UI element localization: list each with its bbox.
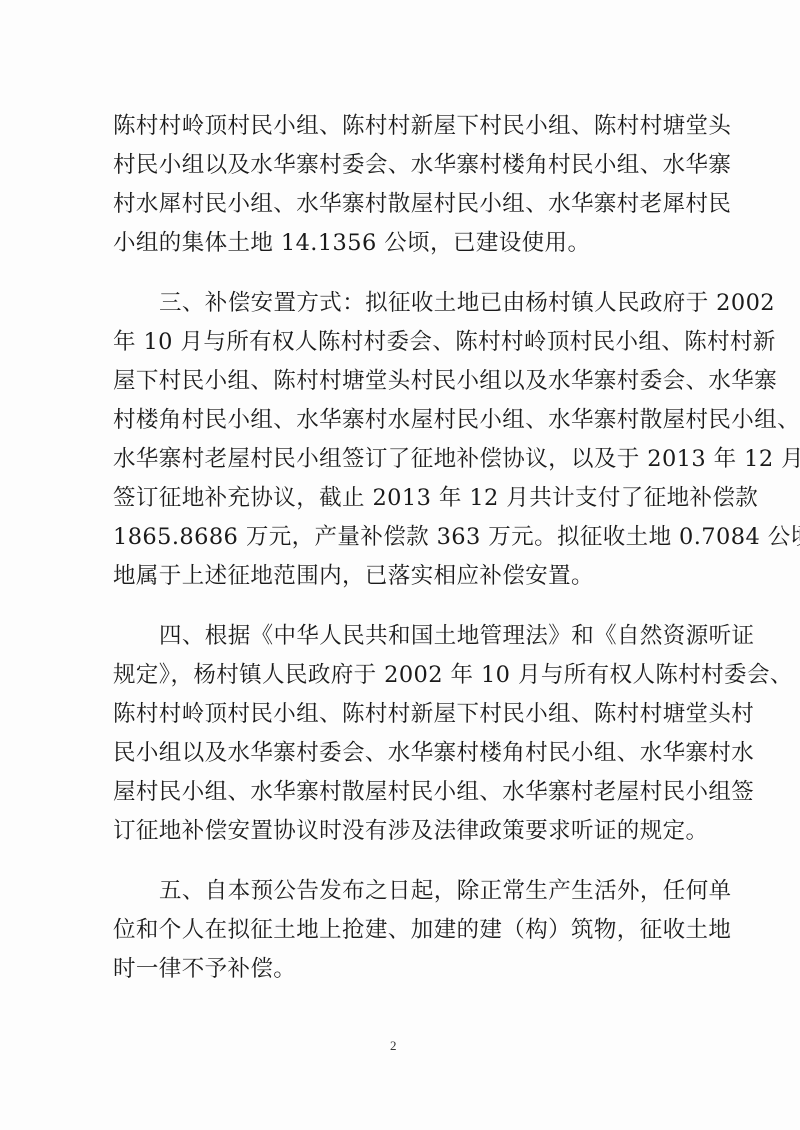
text-line: 屋村民小组、水华寨村散屋村民小组、水华寨村老屋村民小组签 — [113, 778, 693, 806]
text-line: 陈村村岭顶村民小组、陈村村新屋下村民小组、陈村村塘堂头村 — [113, 700, 693, 728]
document-page: 陈村村岭顶村民小组、陈村村新屋下村民小组、陈村村塘堂头 村民小组以及水华寨村委会… — [0, 0, 800, 1130]
text-line: 村楼角村民小组、水华寨村水屋村民小组、水华寨村散屋村民小组、 — [113, 406, 693, 434]
text-line: 位和个人在拟征土地上抢建、加建的建（构）筑物，征收土地 — [113, 916, 693, 944]
text-line: 订征地补偿安置协议时没有涉及法律政策要求听证的规定。 — [113, 817, 693, 845]
text-line: 地属于上述征地范围内，已落实相应补偿安置。 — [113, 562, 693, 590]
section-four-heading-line: 四、根据《中华人民共和国土地管理法》和《自然资源听证 — [159, 622, 693, 650]
section-five-heading-line: 五、自本预公告发布之日起，除正常生产生活外，任何单 — [159, 877, 693, 905]
text-line: 1865.8686 万元，产量补偿款 363 万元。拟征收土地 0.7084 公… — [113, 523, 693, 551]
text-line: 规定》，杨村镇人民政府于 2002 年 10 月与所有权人陈村村委会、 — [113, 661, 693, 689]
text-line: 时一律不予补偿。 — [113, 955, 693, 983]
text-line: 屋下村民小组、陈村村塘堂头村民小组以及水华寨村委会、水华寨 — [113, 367, 693, 395]
text-line: 小组的集体土地 14.1356 公顷，已建设使用。 — [113, 229, 693, 257]
text-line: 村水犀村民小组、水华寨村散屋村民小组、水华寨村老犀村民 — [113, 190, 693, 218]
text-line: 年 10 月与所有权人陈村村委会、陈村村岭顶村民小组、陈村村新 — [113, 328, 693, 356]
text-line: 村民小组以及水华寨村委会、水华寨村楼角村民小组、水华寨 — [113, 151, 693, 179]
text-line: 陈村村岭顶村民小组、陈村村新屋下村民小组、陈村村塘堂头 — [113, 112, 693, 140]
text-line: 水华寨村老屋村民小组签订了征地补偿协议，以及于 2013 年 12 月 — [113, 445, 693, 473]
text-line: 签订征地补充协议，截止 2013 年 12 月共计支付了征地补偿款 — [113, 484, 693, 512]
text-line: 民小组以及水华寨村委会、水华寨村楼角村民小组、水华寨村水 — [113, 739, 693, 767]
page-number: 2 — [390, 1038, 397, 1054]
section-three-heading-line: 三、补偿安置方式：拟征收土地已由杨村镇人民政府于 2002 — [159, 289, 693, 317]
